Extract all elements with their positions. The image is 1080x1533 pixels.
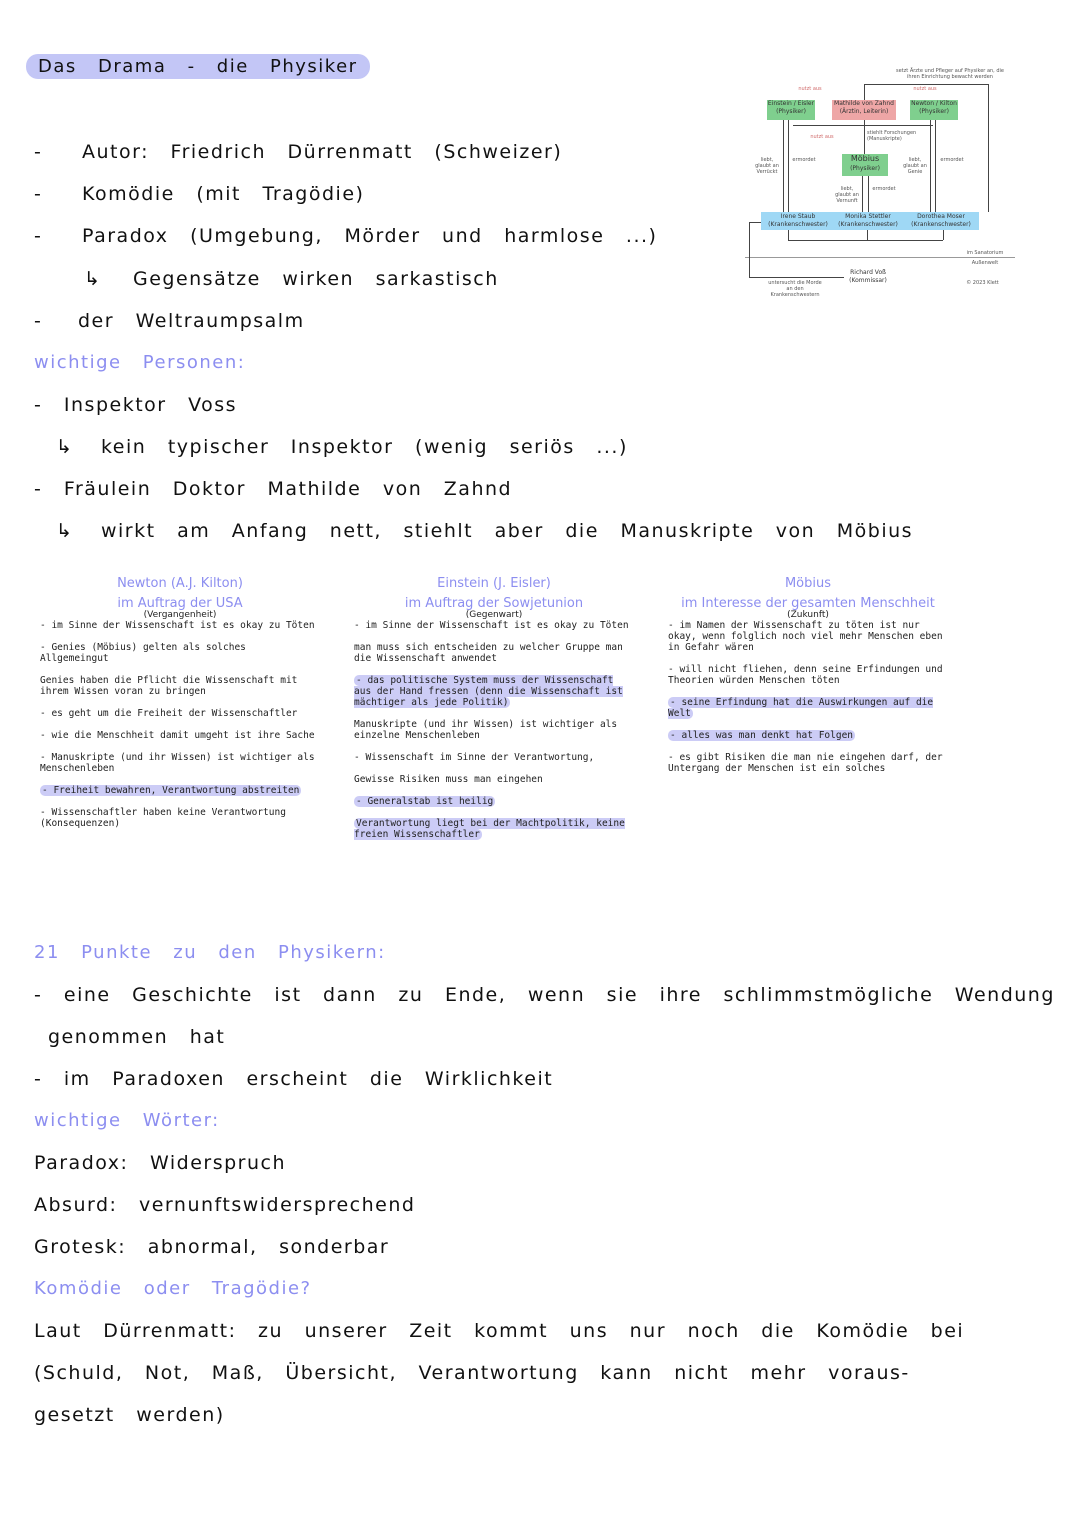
item-text: Paradox (Umgebung, Mörder und harmlose .…: [82, 225, 657, 247]
page-title: Das Drama - die Physiker: [26, 56, 370, 77]
label-center-up: liebt, glaubt an Vernunft: [833, 186, 861, 204]
box-moebius: Möbius (Physiker): [842, 154, 888, 176]
item-text: Komödie (mit Tragödie): [82, 183, 364, 205]
column-tense: (Gegenwart): [354, 610, 634, 620]
bullet: -: [34, 984, 42, 1006]
arrow-return-icon: ↳: [56, 520, 73, 542]
box-name: Irene Staub: [763, 213, 833, 221]
box-name: Richard Voß: [843, 269, 893, 277]
words-heading: wichtige Wörter:: [34, 1110, 220, 1131]
note-item: - im Namen der Wissenschaft zu töten ist…: [668, 620, 948, 653]
box-name: Mathilde von Zahnd: [832, 100, 896, 108]
character-diagram: setzt Ärzte und Pfleger auf Physiker an,…: [745, 62, 1015, 297]
box-einstein: Einstein / Eisler (Physiker): [767, 100, 815, 120]
note-item-highlighted: - Freiheit bewahren, Verantwortung abstr…: [40, 785, 320, 796]
box-name: Dorothea Moser: [905, 213, 977, 221]
bullet: -: [34, 1068, 42, 1090]
item-text: Fräulein Doktor Mathilde von Zahnd: [64, 478, 512, 500]
item-text: kein typischer Inspektor (wenig seriös .…: [101, 436, 628, 458]
bullet: -: [34, 478, 42, 500]
column-name: Möbius: [668, 574, 948, 594]
list-item: ↳ wirkt am Anfang nett, stiehlt aber die…: [56, 520, 913, 542]
list-item: - Fräulein Doktor Mathilde von Zahnd: [34, 478, 512, 500]
term: Paradox:: [34, 1152, 128, 1174]
box-role: (Physiker): [842, 164, 888, 174]
label-center-down: ermordet: [871, 186, 897, 192]
item-text: eine Geschichte ist dann zu Ende, wenn s…: [64, 984, 1055, 1006]
diagram-top-note: setzt Ärzte und Pfleger auf Physiker an,…: [895, 68, 1005, 80]
inside-label: im Sanatorium: [965, 250, 1005, 256]
box-stettler: Monika Stettler (Krankenschwester): [833, 213, 903, 229]
genre-heading: Komödie oder Tragödie?: [34, 1278, 312, 1299]
item-text: genommen hat: [48, 1026, 225, 1048]
list-item: - Paradox (Umgebung, Mörder und harmlose…: [34, 225, 42, 247]
box-voss: Richard Voß (Kommissar): [843, 269, 893, 285]
outside-label: Außenwelt: [965, 260, 1005, 266]
box-moser: Dorothea Moser (Krankenschwester): [905, 213, 977, 229]
column-newton: Newton (A.J. Kilton) im Auftrag der USA …: [40, 574, 320, 840]
label-right-down: ermordet: [939, 157, 965, 163]
column-einstein: Einstein (J. Eisler) im Auftrag der Sowj…: [354, 574, 634, 851]
note-item-highlighted: - das politische System muss der Wissens…: [354, 675, 634, 708]
box-role: (Physiker): [910, 108, 958, 116]
box-role: (Krankenschwester): [833, 221, 903, 229]
definition-row: Paradox: Widerspruch: [34, 1152, 286, 1174]
definition-row: Absurd: vernunftswidersprechend: [34, 1194, 415, 1216]
persons-heading: wichtige Personen:: [34, 352, 245, 373]
item-text: Inspektor Voss: [64, 394, 237, 416]
list-item-continued: genommen hat: [48, 1026, 225, 1048]
item-text: der Weltraumpsalm: [78, 310, 305, 332]
bullet: -: [34, 183, 42, 205]
arc-label-right: nutzt aus: [900, 86, 950, 92]
label-left-up: liebt, glaubt an Verrückt: [753, 157, 781, 175]
term: Absurd:: [34, 1194, 117, 1216]
note-item: - Wissenschaft im Sinne der Verantwortun…: [354, 752, 634, 763]
item-text: Autor: Friedrich Dürrenmatt (Schweizer): [82, 141, 562, 163]
red-dashed-label: nutzt aus: [807, 134, 837, 140]
box-staub: Irene Staub (Krankenschwester): [763, 213, 833, 229]
list-item: - Autor: Friedrich Dürrenmatt (Schweizer…: [34, 141, 42, 163]
item-text: Gegensätze wirken sarkastisch: [133, 268, 499, 290]
box-role: (Krankenschwester): [905, 221, 977, 229]
item-text: wirkt am Anfang nett, stiehlt aber die M…: [101, 520, 913, 542]
list-item: - Inspektor Voss: [34, 394, 237, 416]
bullet: -: [34, 310, 42, 332]
list-item: - eine Geschichte ist dann zu Ende, wenn…: [34, 984, 1055, 1006]
column-name: Newton (A.J. Kilton): [40, 574, 320, 594]
column-items: - im Sinne der Wissenschaft ist es okay …: [354, 620, 634, 840]
bullet: -: [34, 141, 42, 163]
list-item: - im Paradoxen erscheint die Wirklichkei…: [34, 1068, 553, 1090]
box-role: (Physiker): [767, 108, 815, 116]
column-moebius: Möbius im Interesse der gesamten Menschh…: [668, 574, 948, 785]
title-text: Das Drama - die Physiker: [26, 54, 370, 79]
note-item: - Manuskripte (und ihr Wissen) ist wicht…: [40, 752, 320, 774]
list-item: ↳ kein typischer Inspektor (wenig seriös…: [56, 436, 628, 458]
box-zahnd: Mathilde von Zahnd (Ärztin, Leiterin): [832, 100, 896, 120]
genre-line: (Schuld, Not, Maß, Übersicht, Verantwort…: [34, 1362, 910, 1384]
label-left-down: ermordet: [791, 157, 817, 163]
column-items: - im Namen der Wissenschaft zu töten ist…: [668, 620, 948, 774]
arrow-return-icon: ↳: [56, 436, 73, 458]
note-item-highlighted: - alles was man denkt hat Folgen: [668, 730, 948, 741]
item-text: im Paradoxen erscheint die Wirklichkeit: [64, 1068, 553, 1090]
column-items: - im Sinne der Wissenschaft ist es okay …: [40, 620, 320, 829]
note-item: - will nicht fliehen, denn seine Erfindu…: [668, 664, 948, 686]
note-item: - es gibt Risiken die man nie eingehen d…: [668, 752, 948, 774]
note-item: - wie die Menschheit damit umgeht ist ih…: [40, 730, 320, 741]
list-item: ↳ Gegensätze wirken sarkastisch: [84, 268, 499, 290]
bullet: -: [34, 225, 42, 247]
note-item: Manuskripte (und ihr Wissen) ist wichtig…: [354, 719, 634, 741]
voss-note: untersucht die Morde an den Krankenschwe…: [765, 280, 825, 298]
box-name: Möbius: [842, 154, 888, 164]
box-name: Newton / Kilton: [910, 100, 958, 108]
definition-row: Grotesk: abnormal, sonderbar: [34, 1236, 389, 1258]
note-item-highlighted: - seine Erfindung hat die Auswirkungen a…: [668, 697, 948, 719]
steals-label: stiehlt Forschungen (Manuskripte): [867, 130, 917, 142]
list-item: - Komödie (mit Tragödie): [34, 183, 42, 205]
points-heading: 21 Punkte zu den Physikern:: [34, 942, 386, 963]
note-item: Genies haben die Pflicht die Wissenschaf…: [40, 675, 320, 697]
box-role: (Kommissar): [843, 277, 893, 285]
note-item: man muss sich entscheiden zu welcher Gru…: [354, 642, 634, 664]
note-item-highlighted: Verantwortung liegt bei der Machtpolitik…: [354, 818, 634, 840]
note-item: - Genies (Möbius) gelten als solches All…: [40, 642, 320, 664]
column-tense: (Vergangenheit): [40, 610, 320, 620]
arrow-return-icon: ↳: [84, 268, 101, 290]
diagram-credit: © 2023 Klett: [955, 280, 1010, 286]
term: Grotesk:: [34, 1236, 126, 1258]
list-item: - der Weltraumpsalm: [34, 310, 42, 332]
box-role: (Krankenschwester): [763, 221, 833, 229]
label-right-up: liebt, glaubt an Genie: [901, 157, 929, 175]
note-item: - es geht um die Freiheit der Wissenscha…: [40, 708, 320, 719]
genre-line: Laut Dürrenmatt: zu unserer Zeit kommt u…: [34, 1320, 964, 1342]
note-item-highlighted: - Generalstab ist heilig: [354, 796, 634, 807]
genre-line: gesetzt werden): [34, 1404, 225, 1426]
bullet: -: [34, 394, 42, 416]
meaning: vernunftswidersprechend: [139, 1194, 415, 1216]
box-name: Einstein / Eisler: [767, 100, 815, 108]
meaning: abnormal, sonderbar: [148, 1236, 390, 1258]
column-name: Einstein (J. Eisler): [354, 574, 634, 594]
note-item: - im Sinne der Wissenschaft ist es okay …: [40, 620, 320, 631]
note-item: - Wissenschaftler haben keine Verantwort…: [40, 807, 320, 829]
note-item: - im Sinne der Wissenschaft ist es okay …: [354, 620, 634, 631]
meaning: Widerspruch: [150, 1152, 286, 1174]
box-role: (Ärztin, Leiterin): [832, 108, 896, 116]
box-name: Monika Stettler: [833, 213, 903, 221]
note-item: Gewisse Risiken muss man eingehen: [354, 774, 634, 785]
arc-label-left: nutzt aus: [785, 86, 835, 92]
box-newton: Newton / Kilton (Physiker): [910, 100, 958, 120]
